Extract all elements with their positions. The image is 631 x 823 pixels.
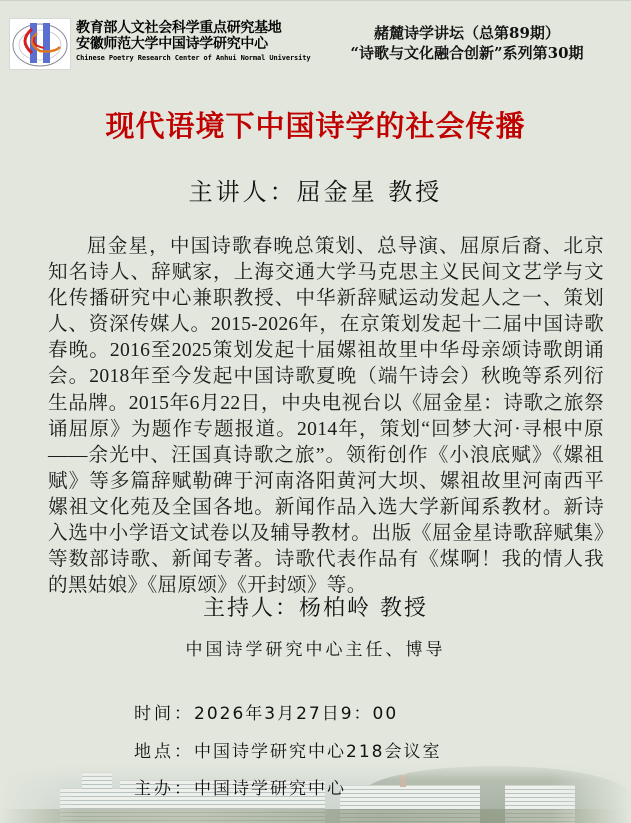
event-time: 时间：2026年3月27日9：00 xyxy=(134,702,398,726)
organizer-label: 主办： xyxy=(134,779,194,799)
lecture-title: 现代语境下中国诗学的社会传播 xyxy=(0,106,631,146)
top-border xyxy=(0,0,631,1)
place-label: 地点： xyxy=(134,742,194,762)
speaker-bio: 屈金星，中国诗歌春晚总策划、总导演、屈原后裔、北京知名诗人、辞赋家，上海交通大学… xyxy=(48,234,604,599)
speaker-line: 主讲人：屈金星 教授 xyxy=(0,177,631,207)
organizer-value: 中国诗学研究中心 xyxy=(194,779,346,799)
institution-english: Chinese Poetry Research Center of Anhui … xyxy=(76,53,311,63)
time-label: 时间： xyxy=(134,704,194,724)
series-line-2: “诗歌与文化融合创新”系列第30期 xyxy=(317,43,617,63)
institution-block: 教育部人文社会科学重点研究基地 安徽师范大学中国诗学研究中心 Chinese P… xyxy=(76,20,311,63)
institution-line-2: 安徽师范大学中国诗学研究中心 xyxy=(76,36,311,52)
event-organizer: 主办：中国诗学研究中心 xyxy=(134,777,346,801)
time-value: 2026年3月27日9：00 xyxy=(194,704,398,724)
institute-logo-icon xyxy=(10,19,70,69)
host-line: 主持人：杨柏岭 教授 xyxy=(0,594,631,624)
institution-line-1: 教育部人文社会科学重点研究基地 xyxy=(76,20,311,36)
institute-logo xyxy=(9,18,71,70)
series-line-1: 赭麓诗学讲坛（总第89期） xyxy=(317,23,617,43)
series-block: 赭麓诗学讲坛（总第89期） “诗歌与文化融合创新”系列第30期 xyxy=(317,23,617,63)
place-value: 中国诗学研究中心218会议室 xyxy=(194,742,441,762)
event-place: 地点：中国诗学研究中心218会议室 xyxy=(134,740,441,764)
host-title: 中国诗学研究中心主任、博导 xyxy=(0,638,631,662)
